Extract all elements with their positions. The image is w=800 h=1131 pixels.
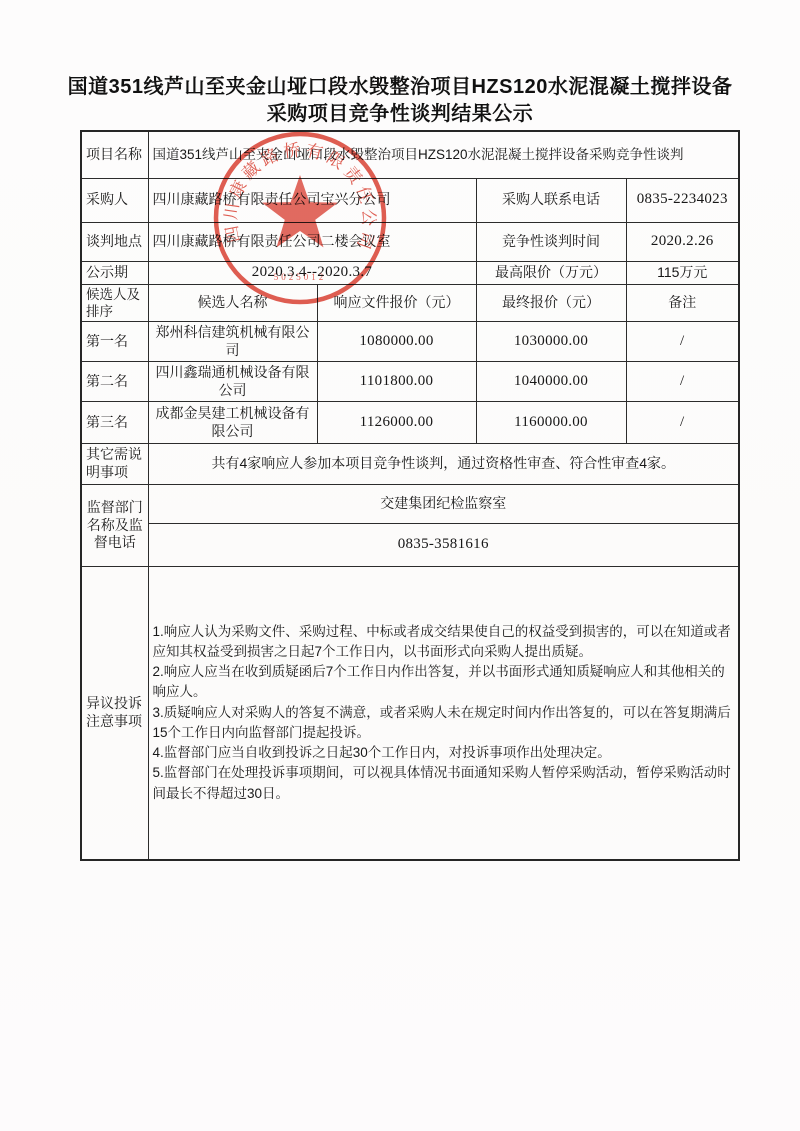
row-supervision-department: 监督部门名称及监督电话 交建集团纪检监察室 <box>81 485 739 524</box>
candidate-row-1: 第一名 郑州科信建筑机械有限公司 1080000.00 1030000.00 / <box>81 322 739 362</box>
supervision-label: 监督部门名称及监督电话 <box>81 485 148 567</box>
supervision-department-value: 交建集团纪检监察室 <box>148 485 739 524</box>
notice-item-3: 3.质疑响应人对采购人的答复不满意，或者采购人未在规定时间内作出答复的，可以在答… <box>153 703 735 744</box>
candidate-3-remark: / <box>626 402 739 444</box>
candidate-3-rank: 第三名 <box>81 402 148 444</box>
candidate-2-response-price: 1101800.00 <box>317 362 476 402</box>
publicity-period-value: 2020.3.4--2020.3.7 <box>148 261 476 284</box>
candidate-2-final-price: 1040000.00 <box>476 362 626 402</box>
row-candidates-header: 候选人及排序 候选人名称 响应文件报价（元） 最终报价（元） 备注 <box>81 284 739 322</box>
candidate-2-name: 四川鑫瑞通机械设备有限公司 <box>148 362 317 402</box>
notice-item-2: 2.响应人应当在收到质疑函后7个工作日内作出答复，并以书面形式通知质疑响应人和其… <box>153 662 735 703</box>
candidate-1-response-price: 1080000.00 <box>317 322 476 362</box>
notice-item-1: 1.响应人认为采购文件、采购过程、中标或者成交结果使自己的权益受到损害的，可以在… <box>153 622 735 663</box>
venue-label: 谈判地点 <box>81 222 148 261</box>
col-header-remark: 备注 <box>626 284 739 322</box>
publicity-label: 公示期 <box>81 261 148 284</box>
other-notes-label: 其它需说明事项 <box>81 444 148 485</box>
candidate-row-2: 第二名 四川鑫瑞通机械设备有限公司 1101800.00 1040000.00 … <box>81 362 739 402</box>
max-price-label: 最高限价（万元） <box>476 261 626 284</box>
row-publicity: 公示期 2020.3.4--2020.3.7 最高限价（万元） 115万元 <box>81 261 739 284</box>
candidate-3-final-price: 1160000.00 <box>476 402 626 444</box>
candidate-2-remark: / <box>626 362 739 402</box>
candidate-1-final-price: 1030000.00 <box>476 322 626 362</box>
negotiation-time-label: 竞争性谈判时间 <box>476 222 626 261</box>
candidate-1-name: 郑州科信建筑机械有限公司 <box>148 322 317 362</box>
negotiation-time-value: 2020.2.26 <box>626 222 739 261</box>
candidate-3-response-price: 1126000.00 <box>317 402 476 444</box>
purchaser-value: 四川康藏路桥有限责任公司宝兴分公司 <box>148 178 476 222</box>
document-page: 国道351线芦山至夹金山垭口段水毁整治项目HZS120水泥混凝土搅拌设备 采购项… <box>0 0 800 1131</box>
col-header-response-price: 响应文件报价（元） <box>317 284 476 322</box>
project-value: 国道351线芦山至夹金山垭口段水毁整治项目HZS120水泥混凝土搅拌设备采购竞争… <box>148 131 739 178</box>
result-table: 项目名称 国道351线芦山至夹金山垭口段水毁整治项目HZS120水泥混凝土搅拌设… <box>80 130 740 861</box>
candidate-3-name: 成都金昊建工机械设备有限公司 <box>148 402 317 444</box>
purchaser-phone-label: 采购人联系电话 <box>476 178 626 222</box>
row-supervision-phone: 0835-3581616 <box>81 524 739 567</box>
candidate-1-rank: 第一名 <box>81 322 148 362</box>
col-header-rank: 候选人及排序 <box>81 284 148 322</box>
title-line-1: 国道351线芦山至夹金山垭口段水毁整治项目HZS120水泥混凝土搅拌设备 <box>0 74 800 101</box>
candidate-2-rank: 第二名 <box>81 362 148 402</box>
purchaser-label: 采购人 <box>81 178 148 222</box>
row-venue: 谈判地点 四川康藏路桥有限责任公司二楼会议室 竞争性谈判时间 2020.2.26 <box>81 222 739 261</box>
purchaser-phone-value: 0835-2234023 <box>626 178 739 222</box>
venue-value: 四川康藏路桥有限责任公司二楼会议室 <box>148 222 476 261</box>
objection-notice-content: 1.响应人认为采购文件、采购过程、中标或者成交结果使自己的权益受到损害的，可以在… <box>148 567 739 860</box>
other-notes-value: 共有4家响应人参加本项目竞争性谈判，通过资格性审查、符合性审查4家。 <box>148 444 739 485</box>
candidate-1-remark: / <box>626 322 739 362</box>
col-header-final-price: 最终报价（元） <box>476 284 626 322</box>
objection-notice-label: 异议投诉注意事项 <box>81 567 148 860</box>
row-project: 项目名称 国道351线芦山至夹金山垭口段水毁整治项目HZS120水泥混凝土搅拌设… <box>81 131 739 178</box>
candidate-row-3: 第三名 成都金昊建工机械设备有限公司 1126000.00 1160000.00… <box>81 402 739 444</box>
document-title: 国道351线芦山至夹金山垭口段水毁整治项目HZS120水泥混凝土搅拌设备 采购项… <box>0 74 800 128</box>
row-other-notes: 其它需说明事项 共有4家响应人参加本项目竞争性谈判，通过资格性审查、符合性审查4… <box>81 444 739 485</box>
row-purchaser: 采购人 四川康藏路桥有限责任公司宝兴分公司 采购人联系电话 0835-22340… <box>81 178 739 222</box>
notice-item-4: 4.监督部门应当自收到投诉之日起30个工作日内，对投诉事项作出处理决定。 <box>153 743 735 763</box>
project-label: 项目名称 <box>81 131 148 178</box>
max-price-value: 115万元 <box>626 261 739 284</box>
col-header-name: 候选人名称 <box>148 284 317 322</box>
title-line-2: 采购项目竞争性谈判结果公示 <box>0 101 800 128</box>
notice-item-5: 5.监督部门在处理投诉事项期间，可以视具体情况书面通知采购人暂停采购活动，暂停采… <box>153 763 735 804</box>
supervision-phone-value: 0835-3581616 <box>148 524 739 567</box>
row-objection-notice: 异议投诉注意事项 1.响应人认为采购文件、采购过程、中标或者成交结果使自己的权益… <box>81 567 739 860</box>
